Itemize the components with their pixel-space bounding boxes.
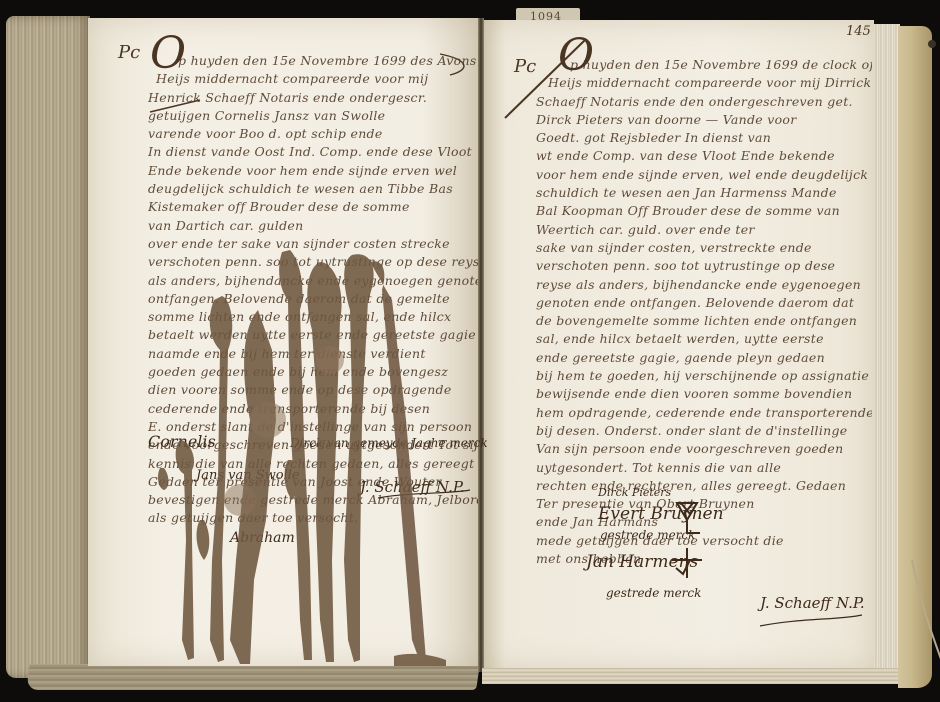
text-line: p huyden den 15e Novembre 1699 des Avons (148, 52, 478, 70)
text-line: als anders, bijhendancke ende eygenoegen… (148, 272, 478, 290)
text-line: over ende ter sake van sijnder costen st… (148, 235, 478, 253)
text-line: de bovengemelte somme lichten ende ontfa… (536, 312, 872, 330)
right-bottom-page-edge (482, 668, 898, 684)
text-line: getuijgen Cornelis Jansz van Swolle (148, 107, 478, 125)
text-line: van Dartich car. gulden (148, 217, 478, 235)
text-line: verschoten penn. soo tot uytrustinge op … (148, 253, 478, 271)
right-mark-2: gestrede merck (606, 586, 701, 600)
text-line: In dienst vande Oost Ind. Comp. ende des… (148, 143, 478, 161)
right-notary-signature: J. Schaeff N.P. (760, 594, 865, 612)
right-margin-mark: Pc (514, 56, 536, 77)
text-line: schuldich te wesen aen Jan Harmenss Mand… (536, 184, 872, 202)
text-line: dien vooren somme ende op dese opdragend… (148, 381, 478, 399)
text-line: naamde ende bij hem ter dienste verdient (148, 345, 478, 363)
text-line: sake van sijnder costen, verstreckte end… (536, 239, 872, 257)
text-line: Goedt. got Rejsbleder In dienst van (536, 129, 872, 147)
text-line: somme lichten ende ontfangen sal, ende h… (148, 308, 478, 326)
left-signature-2: Jans van Swolle (196, 468, 300, 483)
text-line: uytgesondert. Tot kennis die van alle (536, 459, 872, 477)
text-line: Dirck Pieters van doorne — Vande voor (536, 111, 872, 129)
text-line: voor hem ende sijnde erven, wel ende deu… (536, 166, 872, 184)
right-signature-2: Evert Bruynen (598, 504, 724, 524)
text-line: bewijsende ende dien vooren somme bovend… (536, 385, 872, 403)
text-line: deugdelijck schuldich te wesen aen Tibbe… (148, 180, 478, 198)
cover-tie-hole (928, 40, 936, 48)
text-line: mede getuijgen daer toe versocht die (536, 532, 872, 550)
book-gutter (478, 18, 484, 672)
right-signature-1: Dirck Pieters (598, 486, 671, 499)
text-line: Weertich car. guld. over ende ter (536, 221, 872, 239)
page-number: 145 (846, 24, 871, 39)
left-margin-mark: Pc (118, 42, 140, 63)
open-manuscript-photo: 1094 Pc O p huyden den 15e Novembre 1699… (0, 0, 940, 702)
text-line: sal, ende hilcx betaelt werden, uytte ee… (536, 330, 872, 348)
text-line: genoten ende ontfangen. Belovende daerom… (536, 294, 872, 312)
text-line: bij hem te goeden, hij verschijnende op … (536, 367, 872, 385)
text-line: Schaeff Notaris ende den ondergeschreven… (536, 93, 872, 111)
right-page-text: p huyden den 15e Novembre 1699 de clock … (536, 56, 872, 568)
text-line: wt ende Comp. van dese Vloot Ende bekend… (536, 147, 872, 165)
text-line: cederende ende transporterende bij desen (148, 400, 478, 418)
left-signature-1: Cornelis (148, 432, 216, 451)
text-line: Heijs middernacht compareerde voor mij (148, 70, 478, 88)
right-page-stack-edge (874, 24, 900, 684)
left-page-text: p huyden den 15e Novembre 1699 des Avons… (148, 52, 478, 528)
text-line: Van sijn persoon ende voorgeschreven goe… (536, 440, 872, 458)
right-mark-1: gestrede merck (600, 528, 695, 542)
left-signature-3: Dirck van gemeyde Jaghe merck (290, 436, 488, 450)
text-line: Bal Koopman Off Brouder dese de somme va… (536, 202, 872, 220)
text-line: reyse als anders, bijhendancke ende eyge… (536, 276, 872, 294)
text-line: bij desen. Onderst. onder slant de d'ins… (536, 422, 872, 440)
text-line: goeden gedaen ende bij hem ende bovenges… (148, 363, 478, 381)
text-line: Heijs middernacht compareerde voor mij D… (536, 74, 872, 92)
text-line: ende gereetste gagie, gaende pleyn gedae… (536, 349, 872, 367)
text-line: Ende bekende voor hem ende sijnde erven … (148, 162, 478, 180)
text-line: varende voor Boo d. opt schip ende (148, 125, 478, 143)
left-notary-signature: J. Schaeff N.P. (360, 478, 465, 496)
binding-string (910, 560, 940, 680)
right-signature-3: Jan Harmens (586, 552, 698, 572)
text-line: betaelt werden uytte eerste ende gereets… (148, 326, 478, 344)
text-line: Kistemaker off Brouder dese de somme (148, 198, 478, 216)
left-page-stack-edge (6, 16, 90, 678)
text-line: p huyden den 15e Novembre 1699 de clock … (536, 56, 872, 74)
text-line: hem opdragende, cederende ende transport… (536, 404, 872, 422)
text-line: ontfangen. Belovende daerom dat de gemel… (148, 290, 478, 308)
text-line: verschoten penn. soo tot uytrustinge op … (536, 257, 872, 275)
text-line: rechten ende rechteren, alles gereegt. G… (536, 477, 872, 495)
left-bottom-page-edge (26, 664, 480, 690)
left-signature-5: Abraham (230, 530, 295, 546)
text-line: Henrick Schaeff Notaris ende ondergescr. (148, 89, 478, 107)
text-line: als getuijgen daer toe versocht. (148, 509, 478, 527)
